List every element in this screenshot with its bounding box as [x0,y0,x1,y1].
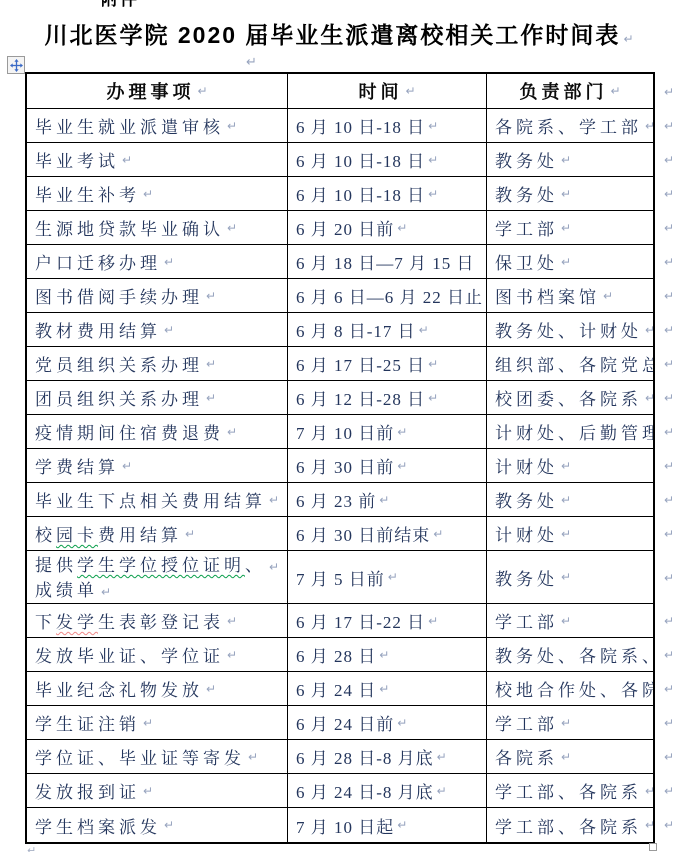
paragraph-mark-icon: ↵ [143,716,153,730]
paragraph-mark-icon: ↵ [428,357,438,371]
item-cell[interactable]: 校园卡费用结算↵ [27,517,288,551]
paragraph-mark-icon: ↵ [561,459,571,473]
paragraph-mark-icon: ↵ [397,459,407,473]
dept-cell[interactable]: 教务处↵ [487,483,653,517]
item-cell[interactable]: 教材费用结算↵ [27,313,288,347]
paragraph-mark-icon: ↵ [101,585,111,599]
paragraph-mark-icon: ↵ [645,391,653,405]
paragraph-mark-icon: ↵ [269,560,279,574]
dept-cell[interactable]: 校地合作处、各院 [487,672,653,706]
dept-cell[interactable]: 计财处、后勤管理 [487,415,653,449]
document-page: 附件 川北医学院 2020 届毕业生派遣离校相关工作时间表↵ ↵ 办理事项↵时间… [0,0,678,852]
table-row: 校园卡费用结算↵6 月 30 日前结束↵计财处↵↵ [27,517,653,551]
item-cell[interactable]: 生源地贷款毕业确认↵ [27,211,288,245]
paragraph-mark-icon: ↵ [388,570,398,584]
header-cell-dept[interactable]: 负责部门↵ [487,74,653,109]
paragraph-mark-icon: ↵ [122,459,132,473]
time-cell[interactable]: 6 月 17 日-25 日↵ [288,347,487,381]
row-end-paragraph-mark-icon: ↵ [664,818,674,832]
row-end-paragraph-mark-icon: ↵ [664,750,674,764]
paragraph-mark-icon: ↵ [561,221,571,235]
table-row: 发放报到证↵6 月 24 日-8 月底↵学工部、各院系↵↵ [27,774,653,808]
row-end-paragraph-mark-icon: ↵ [664,614,674,628]
table-move-handle[interactable] [7,56,25,74]
time-cell[interactable]: 6 月 10 日-18 日↵ [288,143,487,177]
table-row: 毕业生就业派遣审核↵6 月 10 日-18 日↵各院系、学工部↵↵ [27,109,653,143]
dept-cell[interactable]: 教务处、各院系、↵ [487,638,653,672]
item-cell[interactable]: 图书借阅手续办理↵ [27,279,288,313]
paragraph-mark-icon: ↵ [428,614,438,628]
row-end-paragraph-mark-icon: ↵ [664,648,674,662]
move-icon [10,59,23,72]
row-end-paragraph-mark-icon: ↵ [664,85,674,99]
time-cell[interactable]: 6 月 23 前↵ [288,483,487,517]
table-row: 生源地贷款毕业确认↵6 月 20 日前↵学工部↵↵ [27,211,653,245]
dept-cell[interactable]: 各院系↵ [487,740,653,774]
document-title[interactable]: 川北医学院 2020 届毕业生派遣离校相关工作时间表↵ [0,17,678,50]
row-end-paragraph-mark-icon: ↵ [664,255,674,269]
dept-cell[interactable]: 计财处↵ [487,517,653,551]
paragraph-mark-icon: ↵ [206,357,216,371]
dept-cell[interactable]: 学工部、各院系↵ [487,808,653,842]
table-row: 毕业生补考↵6 月 10 日-18 日↵教务处↵↵ [27,177,653,211]
time-cell[interactable]: 6 月 24 日↵ [288,672,487,706]
row-end-paragraph-mark-icon: ↵ [664,323,674,337]
dept-cell[interactable]: 学工部↵ [487,211,653,245]
dept-cell[interactable]: 计财处↵ [487,449,653,483]
spellcheck-wavy-text: 园卡 [56,521,98,546]
paragraph-mark-icon: ↵ [227,221,237,235]
table-row: 团员组织关系办理↵6 月 12 日-28 日↵校团委、各院系↵↵ [27,381,653,415]
dept-cell[interactable]: 教务处↵ [487,143,653,177]
work-schedule-table: 办理事项↵时间↵负责部门↵↵毕业生就业派遣审核↵6 月 10 日-18 日↵各院… [25,72,655,844]
paragraph-mark-icon: ↵ [405,84,415,98]
header-label: 办理事项 [106,78,194,104]
header-label: 负责部门 [519,78,607,104]
paragraph-mark-icon: ↵ [645,784,653,798]
table-row: 学费结算↵6 月 30 日前↵计财处↵↵ [27,449,653,483]
time-cell[interactable]: 6 月 8 日-17 日↵ [288,313,487,347]
paragraph-mark-icon: ↵ [437,750,447,764]
time-cell[interactable]: 7 月 5 日前↵ [288,551,487,604]
item-line-2: 成绩单↵ [35,579,287,604]
paragraph-mark-icon: ↵ [561,716,571,730]
paragraph-mark-icon: ↵ [561,187,571,201]
table-row: 图书借阅手续办理↵6 月 6 日—6 月 22 日止↵图书档案馆↵↵ [27,279,653,313]
dept-cell[interactable]: 教务处↵ [487,551,653,604]
paragraph-mark-icon: ↵ [397,716,407,730]
row-end-paragraph-mark-icon: ↵ [664,187,674,201]
item-cell[interactable]: 毕业生下点相关费用结算↵ [27,483,288,517]
paragraph-mark-icon: ↵ [437,784,447,798]
paragraph-mark-icon: ↵ [206,289,216,303]
paragraph-mark-icon: ↵ [623,32,633,46]
header-cell-item[interactable]: 办理事项↵ [27,74,288,109]
item-cell[interactable]: 学生证注销↵ [27,706,288,740]
paragraph-mark-icon: ↵ [561,614,571,628]
time-cell[interactable]: 6 月 18 日—7 月 15 日 [288,245,487,279]
dept-cell[interactable]: 保卫处↵ [487,245,653,279]
row-end-paragraph-mark-icon: ↵ [664,153,674,167]
time-cell[interactable]: 6 月 12 日-28 日↵ [288,381,487,415]
time-cell[interactable]: 6 月 10 日-18 日↵ [288,177,487,211]
item-cell[interactable]: 户口迁移办理↵ [27,245,288,279]
paragraph-mark-icon: ↵ [561,493,571,507]
time-cell[interactable]: 6 月 24 日-8 月底↵ [288,774,487,808]
time-cell[interactable]: 6 月 6 日—6 月 22 日止↵ [288,279,487,313]
paragraph-mark-icon: ↵ [227,119,237,133]
table-row: 下发学生表彰登记表↵6 月 17 日-22 日↵学工部↵↵ [27,604,653,638]
paragraph-mark-icon: ↵ [645,323,653,337]
time-cell[interactable]: 6 月 20 日前↵ [288,211,487,245]
table-row: 毕业考试↵6 月 10 日-18 日↵教务处↵↵ [27,143,653,177]
paragraph-mark-icon: ↵ [397,818,407,832]
time-cell[interactable]: 6 月 17 日-22 日↵ [288,604,487,638]
table-row: 发放毕业证、学位证↵6 月 28 日↵教务处、各院系、↵↵ [27,638,653,672]
paragraph-mark-icon: ↵ [379,682,389,696]
paragraph-mark-icon: ↵ [428,391,438,405]
table-row: 学位证、毕业证等寄发↵6 月 28 日-8 月底↵各院系↵↵ [27,740,653,774]
doc-end-square-icon [649,843,657,851]
spellcheck-wavy-text: 学生学位授位证明 [77,556,245,575]
row-end-paragraph-mark-icon: ↵ [664,682,674,696]
paragraph-mark-icon: ↵ [428,187,438,201]
item-cell[interactable]: 毕业考试↵ [27,143,288,177]
paragraph-mark-icon: ↵ [143,187,153,201]
paragraph-mark-icon: ↵ [206,391,216,405]
time-cell[interactable]: 6 月 30 日前结束↵ [288,517,487,551]
dept-cell[interactable]: 图书档案馆↵ [487,279,653,313]
paragraph-mark-icon: ↵ [561,153,571,167]
dept-cell[interactable]: 学工部、各院系↵ [487,774,653,808]
time-cell[interactable]: 7 月 10 日起↵ [288,808,487,842]
document-end-paragraph-mark-icon: ↵ [27,844,36,852]
item-cell[interactable]: 提供学生学位授位证明、↵成绩单↵ [27,551,288,604]
table-row: 毕业纪念礼物发放↵6 月 24 日↵校地合作处、各院↵ [27,672,653,706]
paragraph-mark-icon: ↵ [561,255,571,269]
paragraph-mark-icon: ↵ [379,648,389,662]
item-line-1: 提供学生学位授位证明、↵ [35,554,287,579]
paragraph-mark-icon: ↵ [248,750,258,764]
row-end-paragraph-mark-icon: ↵ [664,493,674,507]
table-row: 教材费用结算↵6 月 8 日-17 日↵教务处、计财处↵↵ [27,313,653,347]
paragraph-mark-icon: ↵ [379,493,389,507]
dept-cell[interactable]: 教务处、计财处↵ [487,313,653,347]
table-row: 毕业生下点相关费用结算↵6 月 23 前↵教务处↵↵ [27,483,653,517]
item-cell[interactable]: 毕业生补考↵ [27,177,288,211]
row-end-paragraph-mark-icon: ↵ [664,221,674,235]
item-cell[interactable]: 疫情期间住宿费退费↵ [27,415,288,449]
paragraph-mark-icon: ↵ [164,818,174,832]
table-row: 学生证注销↵6 月 24 日前↵学工部↵↵ [27,706,653,740]
item-cell[interactable]: 团员组织关系办理↵ [27,381,288,415]
paragraph-mark-icon: ↵ [645,119,653,133]
header-label: 时间 [358,78,402,104]
dept-cell[interactable]: 校团委、各院系↵ [487,381,653,415]
row-end-paragraph-mark-icon: ↵ [664,289,674,303]
item-cell[interactable]: 发放毕业证、学位证↵ [27,638,288,672]
item-cell[interactable]: 下发学生表彰登记表↵ [27,604,288,638]
row-end-paragraph-mark-icon: ↵ [664,357,674,371]
dept-cell[interactable]: 学工部↵ [487,706,653,740]
table-header-row: 办理事项↵时间↵负责部门↵↵ [27,74,653,109]
paragraph-mark-icon: ↵ [645,818,653,832]
paragraph-mark-icon: ↵ [397,425,407,439]
paragraph-mark-icon: ↵ [433,527,443,541]
paragraph-mark-icon: ↵ [419,323,429,337]
attachment-clipped-text: 附件 [101,0,139,10]
paragraph-mark-icon: ↵ [197,84,207,98]
time-cell[interactable]: 7 月 10 日前↵ [288,415,487,449]
paragraph-mark-icon: ↵ [561,750,571,764]
row-end-paragraph-mark-icon: ↵ [664,459,674,473]
empty-paragraph-mark-icon: ↵ [246,55,257,70]
item-cell[interactable]: 学生档案派发↵ [27,808,288,842]
paragraph-mark-icon: ↵ [561,527,571,541]
dept-cell[interactable]: 组织部、各院党总 [487,347,653,381]
paragraph-mark-icon: ↵ [185,527,195,541]
paragraph-mark-icon: ↵ [428,153,438,167]
item-cell[interactable]: 毕业纪念礼物发放↵ [27,672,288,706]
row-end-paragraph-mark-icon: ↵ [664,425,674,439]
item-cell[interactable]: 毕业生就业派遣审核↵ [27,109,288,143]
paragraph-mark-icon: ↵ [206,682,216,696]
row-end-paragraph-mark-icon: ↵ [664,527,674,541]
item-cell[interactable]: 发放报到证↵ [27,774,288,808]
table-row: 户口迁移办理↵6 月 18 日—7 月 15 日保卫处↵↵ [27,245,653,279]
document-title-text: 川北医学院 2020 届毕业生派遣离校相关工作时间表 [44,22,620,48]
paragraph-mark-icon: ↵ [164,323,174,337]
paragraph-mark-icon: ↵ [227,425,237,439]
dept-cell[interactable]: 各院系、学工部↵ [487,109,653,143]
item-cell[interactable]: 学位证、毕业证等寄发↵ [27,740,288,774]
row-end-paragraph-mark-icon: ↵ [664,716,674,730]
time-cell[interactable]: 6 月 30 日前↵ [288,449,487,483]
paragraph-mark-icon: ↵ [143,784,153,798]
paragraph-mark-icon: ↵ [397,221,407,235]
row-end-paragraph-mark-icon: ↵ [664,391,674,405]
time-cell[interactable]: 6 月 28 日↵ [288,638,487,672]
paragraph-mark-icon: ↵ [164,255,174,269]
table-row: 党员组织关系办理↵6 月 17 日-25 日↵组织部、各院党总↵ [27,347,653,381]
paragraph-mark-icon: ↵ [428,119,438,133]
time-cell[interactable]: 6 月 10 日-18 日↵ [288,109,487,143]
time-cell[interactable]: 6 月 24 日前↵ [288,706,487,740]
spellcheck-wavy-text: 发学 [56,608,98,633]
dept-cell[interactable]: 学工部↵ [487,604,653,638]
table-row: 学生档案派发↵7 月 10 日起↵学工部、各院系↵↵ [27,808,653,842]
table-row: 提供学生学位授位证明、↵成绩单↵7 月 5 日前↵教务处↵↵ [27,551,653,604]
paragraph-mark-icon: ↵ [269,493,279,507]
row-end-paragraph-mark-icon: ↵ [664,119,674,133]
row-end-paragraph-mark-icon: ↵ [664,571,674,585]
paragraph-mark-icon: ↵ [603,289,613,303]
paragraph-mark-icon: ↵ [227,614,237,628]
dept-cell[interactable]: 教务处↵ [487,177,653,211]
paragraph-mark-icon: ↵ [227,648,237,662]
paragraph-mark-icon: ↵ [610,84,620,98]
item-cell[interactable]: 党员组织关系办理↵ [27,347,288,381]
table-row: 疫情期间住宿费退费↵7 月 10 日前↵计财处、后勤管理↵ [27,415,653,449]
paragraph-mark-icon: ↵ [561,570,571,584]
time-cell[interactable]: 6 月 28 日-8 月底↵ [288,740,487,774]
paragraph-mark-icon: ↵ [122,153,132,167]
header-cell-time[interactable]: 时间↵ [288,74,487,109]
row-end-paragraph-mark-icon: ↵ [664,784,674,798]
item-cell[interactable]: 学费结算↵ [27,449,288,483]
